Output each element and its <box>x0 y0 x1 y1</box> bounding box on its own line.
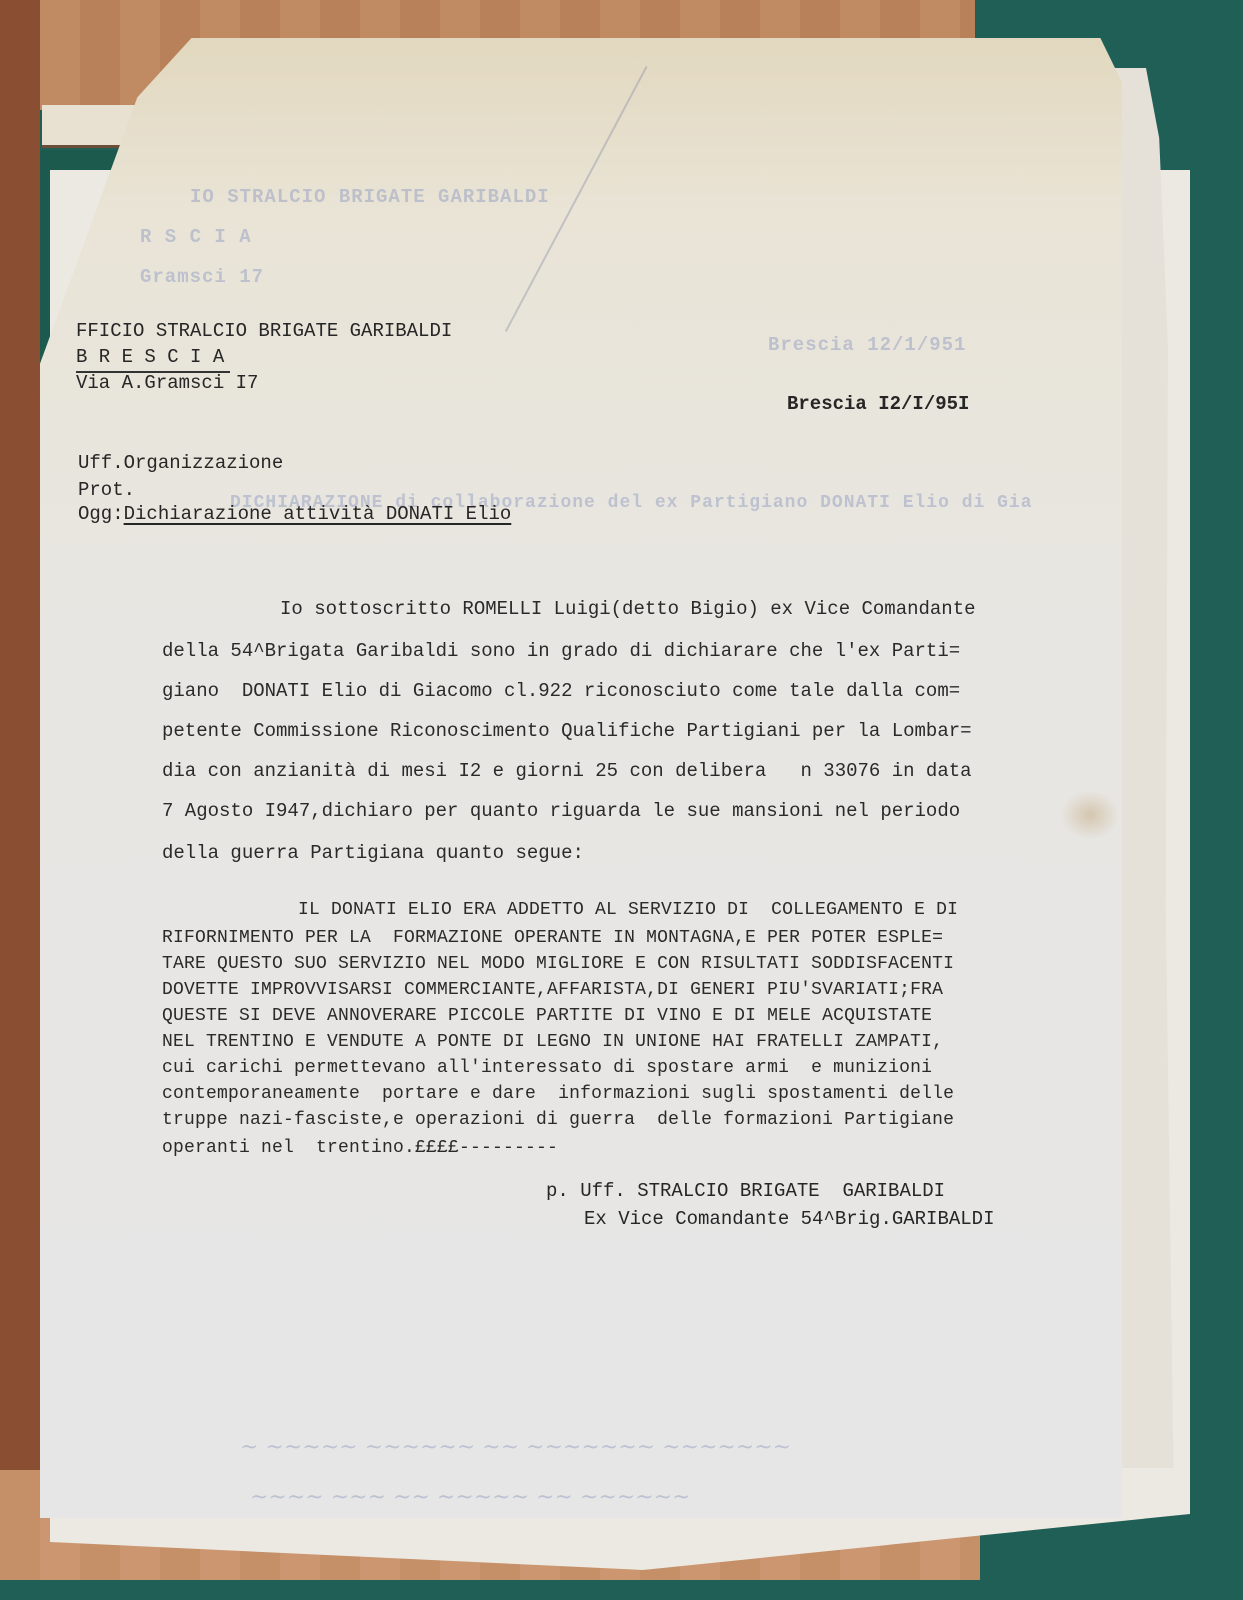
body-line: dia con anzianità di mesi I2 e giorni 25… <box>162 760 972 782</box>
handwritten-bleed-line1: ~ ~~~~~ ~~~~~~ ~~ ~~~~~~~ ~~~~~~~ <box>240 1435 791 1460</box>
handwritten-bleed-line2: ~~~~ ~~~ ~~ ~~~~~ ~~ ~~~~~~ <box>250 1485 691 1510</box>
statement-line: TARE QUESTO SUO SERVIZIO NEL MODO MIGLIO… <box>162 954 954 974</box>
bleed-office: IO STRALCIO BRIGATE GARIBALDI <box>190 186 550 208</box>
subject-prefix: Ogg: <box>78 503 124 525</box>
statement-line: contemporaneamente portare e dare inform… <box>162 1084 954 1104</box>
subject-text: Dichiarazione attività DONATI Elio <box>124 503 512 525</box>
wooden-table-edge <box>0 0 40 1470</box>
letterhead-office: FFICIO STRALCIO BRIGATE GARIBALDI <box>76 322 452 341</box>
statement-line: cui carichi permettevano all'interessato… <box>162 1058 932 1078</box>
bleed-address: Gramsci 17 <box>140 266 264 288</box>
body-line: della guerra Partigiana quanto segue: <box>162 842 584 864</box>
statement-line: QUESTE SI DEVE ANNOVERARE PICCOLE PARTIT… <box>162 1006 932 1026</box>
letterhead-address: Via A.Gramsci I7 <box>76 374 258 393</box>
statement-line: IL DONATI ELIO ERA ADDETTO AL SERVIZIO D… <box>298 900 958 920</box>
protocol-line: Prot. <box>78 481 135 500</box>
letterhead-city: B R E S C I A <box>76 348 230 373</box>
statement-line: DOVETTE IMPROVVISARSI COMMERCIANTE,AFFAR… <box>162 980 943 1000</box>
paper-stain <box>1060 790 1120 840</box>
date-line: Brescia I2/I/95I <box>787 395 969 414</box>
statement-line: truppe nazi-fasciste,e operazioni di gue… <box>162 1110 954 1130</box>
body-line: giano DONATI Elio di Giacomo cl.922 rico… <box>162 680 960 702</box>
department-line: Uff.Organizzazione <box>78 454 283 473</box>
signature-title: Ex Vice Comandante 54^Brig.GARIBALDI <box>584 1210 994 1229</box>
statement-line: NEL TRENTINO E VENDUTE A PONTE DI LEGNO … <box>162 1032 943 1052</box>
statement-line: operanti nel trentino.££££--------- <box>162 1138 558 1158</box>
signature-office: p. Uff. STRALCIO BRIGATE GARIBALDI <box>546 1182 945 1201</box>
body-line: 7 Agosto I947,dichiaro per quanto riguar… <box>162 800 960 822</box>
body-line: petente Commissione Riconoscimento Quali… <box>162 720 972 742</box>
subject-line: Ogg:Dichiarazione attività DONATI Elio <box>78 505 511 524</box>
bleed-city: R S C I A <box>140 226 252 248</box>
body-line: Io sottoscritto ROMELLI Luigi(detto Bigi… <box>280 598 976 620</box>
body-line: della 54^Brigata Garibaldi sono in grado… <box>162 640 960 662</box>
statement-line: RIFORNIMENTO PER LA FORMAZIONE OPERANTE … <box>162 928 943 948</box>
